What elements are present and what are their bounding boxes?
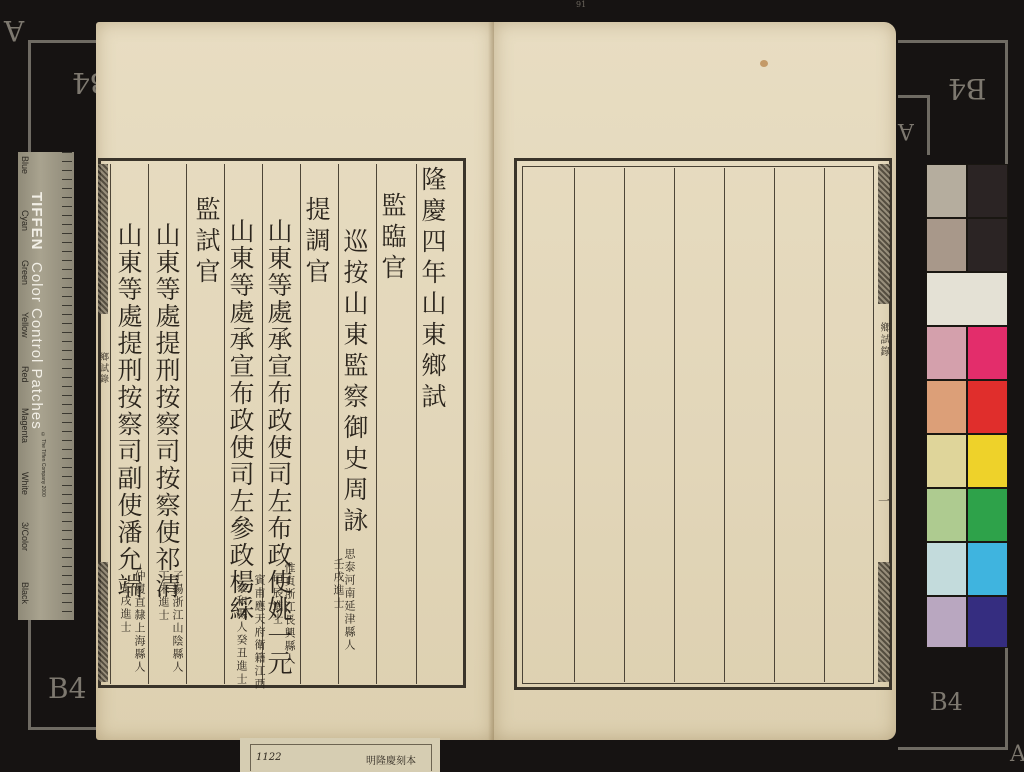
column-rule xyxy=(148,164,149,684)
official-note-pan-yunduan: 仲履直隸上海縣人 xyxy=(134,570,145,674)
slip-text: 明隆慶刻本 xyxy=(366,752,416,767)
tiffen-brand: TIFFEN Color Control Patches xyxy=(28,192,45,429)
official-note-yang-cai-origin: 泰和縣人癸丑進士 xyxy=(236,582,247,686)
column-rule xyxy=(110,164,111,684)
column-rule xyxy=(824,168,825,682)
right-margin-hatch-bottom xyxy=(878,562,890,682)
column-rule xyxy=(674,168,675,682)
official-note-zhou-yong: 思泰河南延津縣人 xyxy=(344,548,355,652)
left-margin-hatch-top xyxy=(98,164,108,314)
strip-label-black: Black xyxy=(20,582,30,604)
official-note-qi-qing-degree: 丁未進士 xyxy=(158,570,169,622)
patch-blue xyxy=(967,596,1008,648)
patch-white xyxy=(926,272,1008,326)
official-name-zhou-yong: 巡按山東監察御史周詠 xyxy=(342,228,367,538)
strip-label-cyan: Cyan xyxy=(20,210,30,231)
slip-number: 1122 xyxy=(256,752,281,763)
column-rule xyxy=(300,164,301,684)
guide-label-a-top-right: A xyxy=(898,118,914,143)
strip-label-3color: 3/Color xyxy=(20,522,30,551)
call-number-slip: 1122 明隆慶刻本 xyxy=(240,738,440,772)
document-title: 隆慶四年山東鄉試 xyxy=(420,166,445,414)
color-patch-chart xyxy=(926,164,1008,648)
office-title-jianlin: 監臨官 xyxy=(380,192,405,285)
patch-violet-light xyxy=(926,596,967,648)
official-name-pan-yunduan: 山東等處提刑按察司副使潘允端 xyxy=(116,222,141,600)
guide-label-b4-bottom-left: B4 xyxy=(48,672,86,705)
office-title-jianshi: 監試官 xyxy=(194,196,219,289)
official-name-yang-cai: 山東等處承宣布政使司左參政楊綵 xyxy=(228,218,253,623)
right-margin-text: 鄉試錄 xyxy=(878,322,888,358)
strip-label-white: White xyxy=(20,472,30,495)
guide-label-b4-top-right: B4 xyxy=(948,72,986,105)
official-note-yao-yiyuan: 惟貞浙江長興縣人 xyxy=(284,562,295,666)
right-margin-mark: 一 xyxy=(878,492,890,509)
right-page: 鄉試錄 一 xyxy=(494,22,896,740)
patch-dark-1 xyxy=(967,164,1008,218)
strip-copyright: © The Tiffen Company 2000 xyxy=(40,432,46,497)
column-rule xyxy=(416,164,417,684)
patch-orange-light xyxy=(926,380,967,434)
patch-green xyxy=(967,488,1008,542)
patch-pink-light xyxy=(926,326,967,380)
left-page: 鄉試錄 隆慶四年山東鄉試 監臨官 巡按山東監察御史周詠 思泰河南延津縣人 壬戌進… xyxy=(96,22,494,740)
page-number-top: 91 xyxy=(576,0,586,9)
office-title-tidiao: 提調官 xyxy=(304,196,329,289)
patch-dark-2 xyxy=(967,218,1008,272)
column-rule xyxy=(724,168,725,682)
strip-label-yellow: Yellow xyxy=(20,312,30,338)
strip-label-magenta: Magenta xyxy=(20,408,30,443)
patch-cyan-light xyxy=(926,542,967,596)
guide-label-b4-bottom-right: B4 xyxy=(930,688,963,716)
official-note-qi-qing: 子揚浙江山陰縣人 xyxy=(172,570,183,674)
patch-red xyxy=(967,380,1008,434)
patch-green-light xyxy=(926,488,967,542)
strip-label-blue: Blue xyxy=(20,156,30,174)
strip-label-red: Red xyxy=(20,366,30,383)
column-rule xyxy=(224,164,225,684)
guide-label-a-top-left: A xyxy=(4,14,24,47)
official-note-zhou-yong-degree: 壬戌進士 xyxy=(333,558,344,610)
left-margin-text: 鄉試錄 xyxy=(98,352,107,385)
column-rule xyxy=(774,168,775,682)
tiffen-color-strip: TIFFEN Color Control Patches Blue Cyan G… xyxy=(18,152,74,620)
right-margin-hatch-top xyxy=(878,164,890,304)
column-rule xyxy=(624,168,625,682)
column-rule xyxy=(574,168,575,682)
strip-label-green: Green xyxy=(20,260,30,285)
patch-gray-mid xyxy=(926,218,967,272)
patch-magenta xyxy=(967,326,1008,380)
patch-cyan xyxy=(967,542,1008,596)
guide-label-a-bottom-right: A xyxy=(1010,742,1024,767)
official-name-qi-qing: 山東等處提刑按察司按察使祁清 xyxy=(154,222,179,600)
official-note-yao-yiyuan-degree: 甲辰進士 xyxy=(272,574,283,626)
ruler-ticks xyxy=(62,152,72,620)
patch-gray-light xyxy=(926,164,967,218)
patch-yellow-light xyxy=(926,434,967,488)
column-rule xyxy=(376,164,377,684)
official-note-yang-cai: 賓甫應天府衛籍江西 xyxy=(254,574,265,691)
left-margin-hatch-bottom xyxy=(98,562,108,682)
patch-yellow xyxy=(967,434,1008,488)
column-rule xyxy=(186,164,187,684)
official-note-pan-yunduan-degree: 壬戌進士 xyxy=(120,582,131,634)
paper-spot xyxy=(760,60,768,67)
